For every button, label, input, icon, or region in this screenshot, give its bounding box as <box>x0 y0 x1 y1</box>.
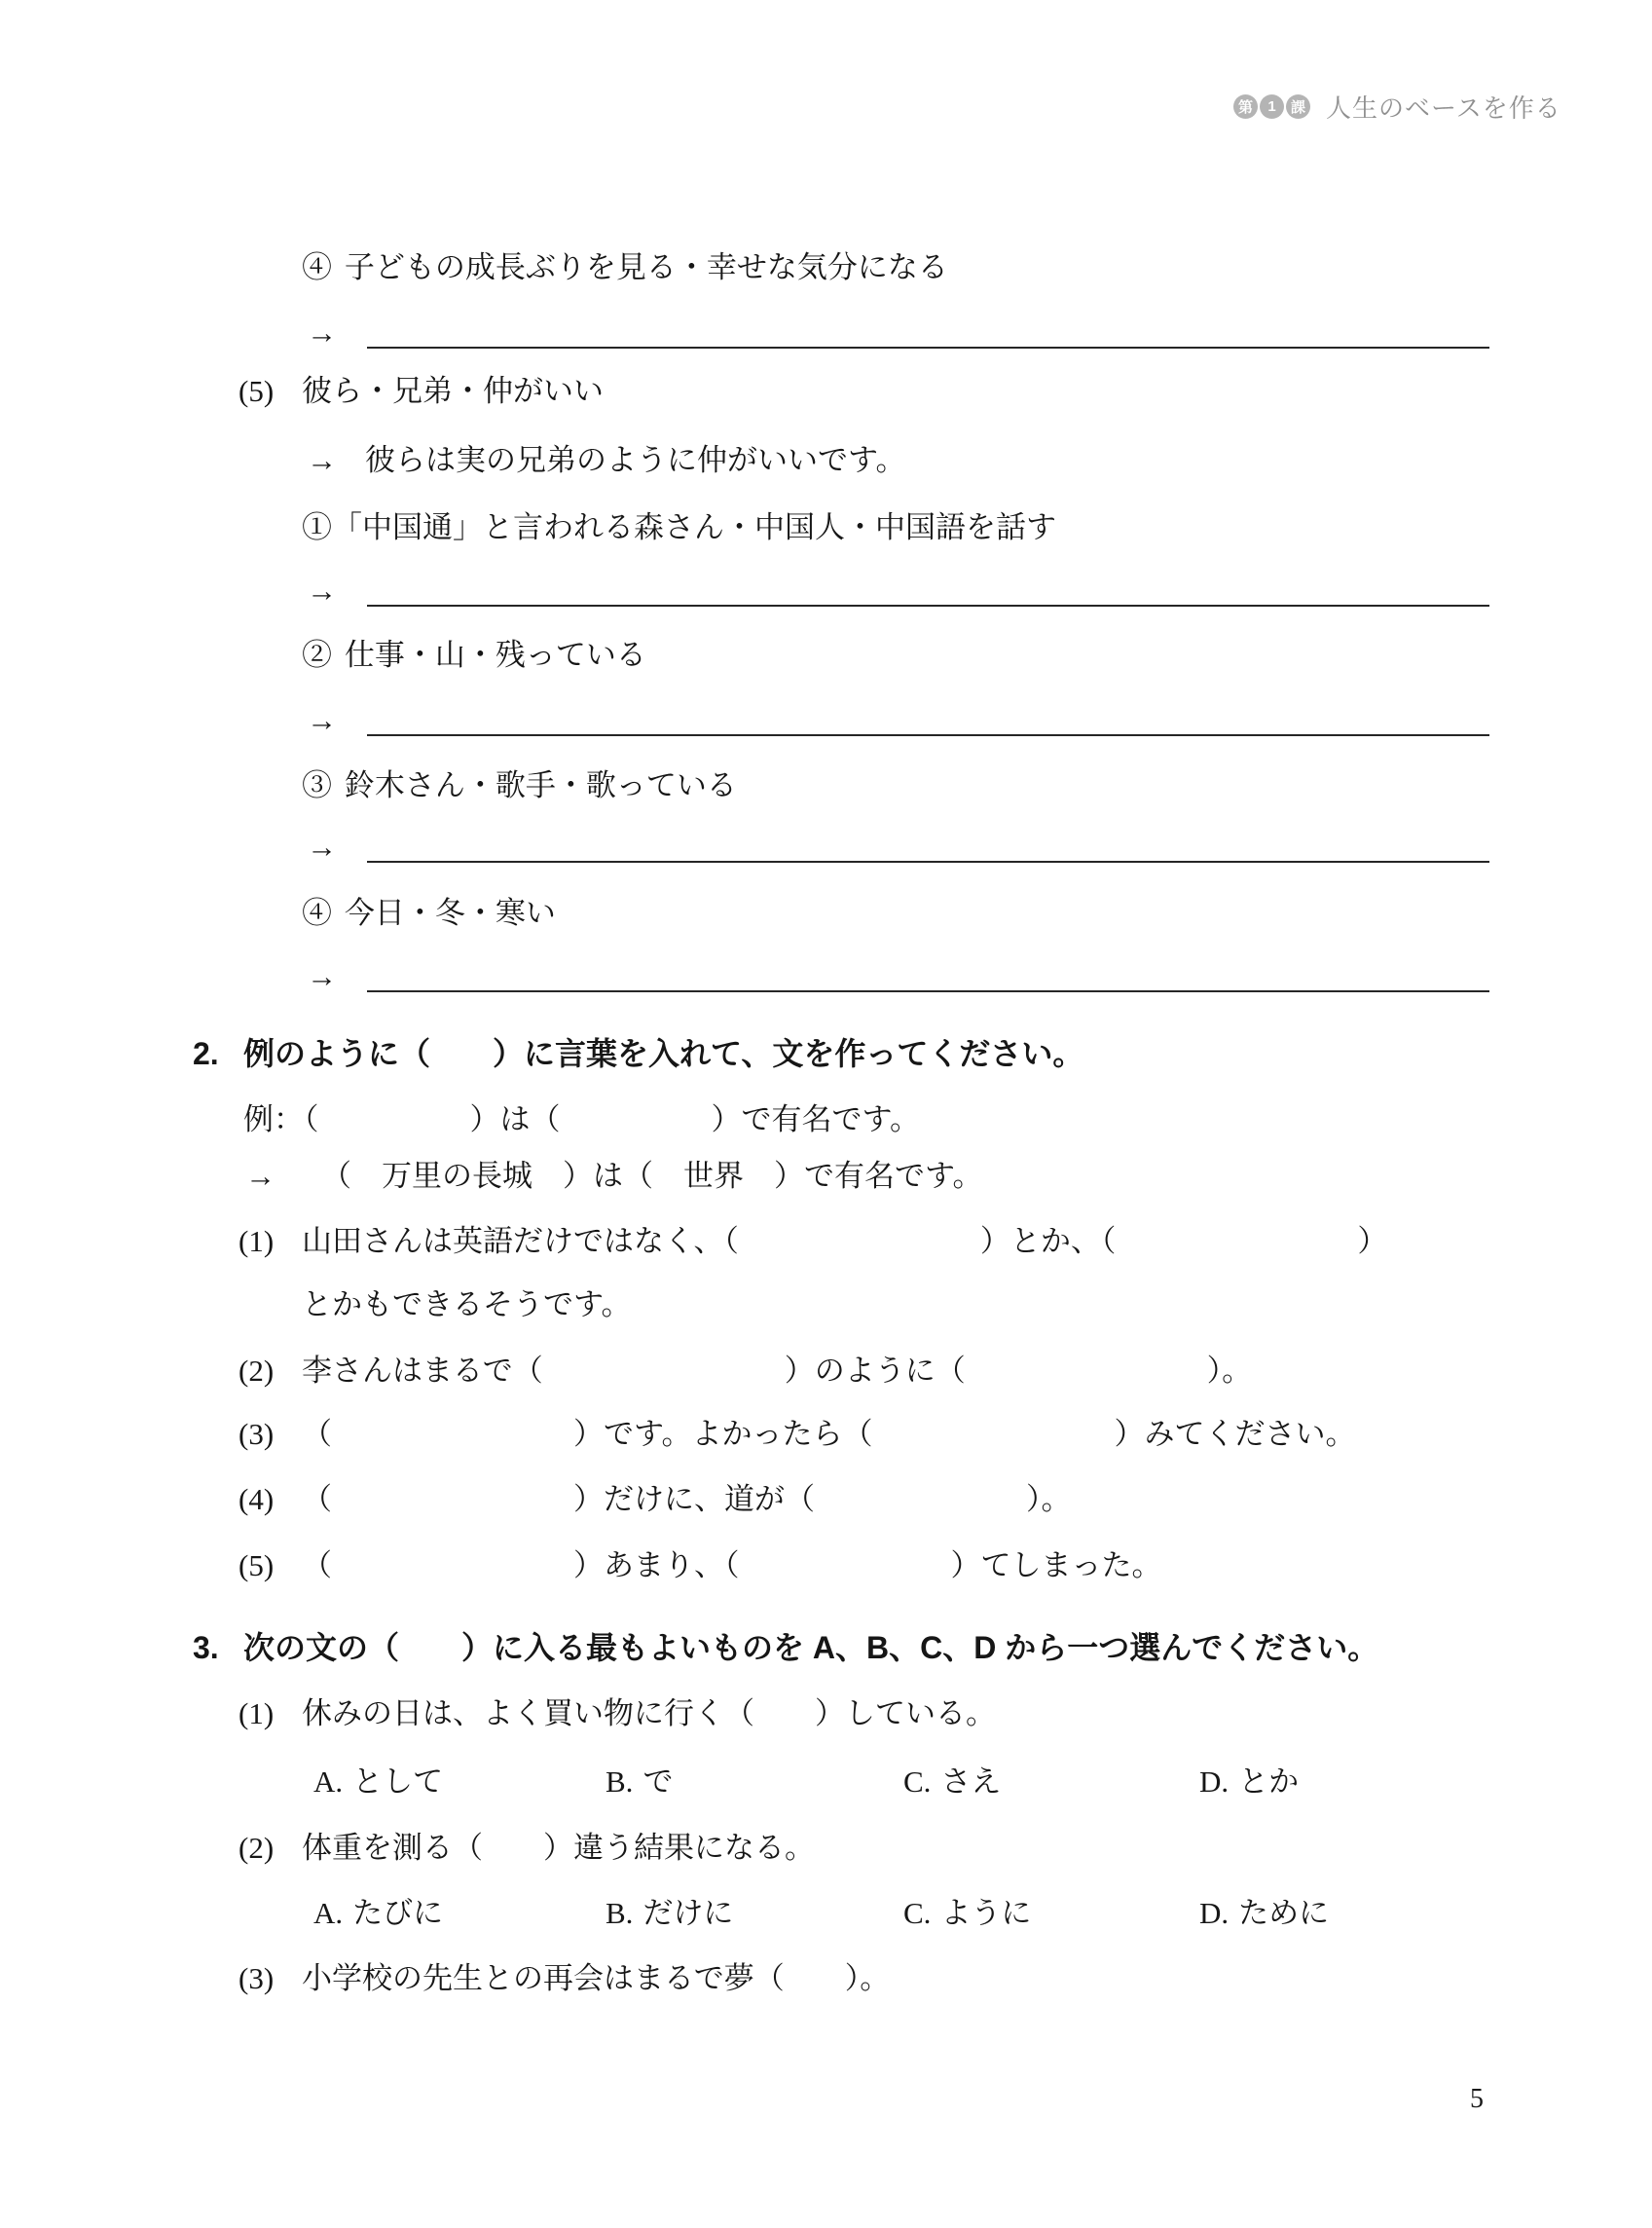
prompt-body: 仕事・山・残っている <box>345 638 646 672</box>
option-label: D. <box>1199 1764 1229 1799</box>
item-text: 李さんはまるで（ ）のように（ ）。 <box>302 1349 1252 1393</box>
prompt-marker: ③ <box>302 768 332 802</box>
options-row: A.として B.で C.さえ D.とか <box>0 1760 1652 1804</box>
arrow-icon: → <box>307 825 337 870</box>
question-row: (1) 休みの日は、よく買い物に行く（ ）している。 <box>0 1691 1652 1736</box>
option-label: B. <box>606 1764 633 1799</box>
example-answer-text: 彼らは実の兄弟のように仲がいいです。 <box>365 438 906 483</box>
section3-heading-row: 3. 次の文の（ ）に入る最もよいものを A、B、C、D から一つ選んでください… <box>0 1625 1652 1670</box>
option-a: A.たびに <box>313 1891 443 1936</box>
option-text: ように <box>940 1896 1031 1930</box>
option-text: だけに <box>642 1896 733 1930</box>
prompt-text: ③ 鈴木さん・歌手・歌っている <box>302 763 737 808</box>
option-text: たびに <box>352 1896 443 1930</box>
question-marker: (1) <box>239 1691 274 1736</box>
prompt-marker: ④ <box>302 896 332 930</box>
options-row: A.たびに B.だけに C.ように D.ために <box>0 1891 1652 1936</box>
option-label: C. <box>903 1896 931 1930</box>
item-marker: (5) <box>239 1543 274 1588</box>
numbered-item-row: (4) （ ）だけに、道が（ ）。 <box>0 1477 1652 1522</box>
chapter-badge-ka: 課 <box>1286 94 1310 119</box>
option-d: D.とか <box>1199 1760 1299 1804</box>
arrow-icon: → <box>307 698 337 743</box>
prompt-text: ② 仕事・山・残っている <box>302 633 646 678</box>
section2-heading-row: 2. 例のように（ ）に言葉を入れて、文を作ってください。 <box>0 1031 1652 1076</box>
example-answer-row: → 彼らは実の兄弟のように仲がいいです。 <box>0 438 1652 483</box>
arrow-icon: → <box>245 1154 275 1199</box>
example-answer-row: → （ 万里の長城 ）は（ 世界 ）で有名です。 <box>0 1154 1652 1199</box>
prompt-body: 「中国通」と言われる森さん・中国人・中国語を話す <box>332 510 1056 544</box>
option-text: ために <box>1238 1896 1329 1930</box>
option-c: C.ように <box>903 1891 1031 1936</box>
chapter-title: 人生のベースを作る <box>1326 89 1561 125</box>
option-label: C. <box>903 1764 931 1799</box>
workbook-page: 第 1 課 人生のベースを作る ④ 子どもの成長ぶりを見る・幸せな気分になる →… <box>0 0 1652 2228</box>
chapter-badge-number: 1 <box>1260 94 1284 119</box>
question-row: (2) 体重を測る（ ）違う結果になる。 <box>0 1826 1652 1871</box>
numbered-item-row: (5) 彼ら・兄弟・仲がいい <box>0 369 1652 414</box>
arrow-icon: → <box>307 954 337 999</box>
prompt-body: 鈴木さん・歌手・歌っている <box>345 768 737 802</box>
example-answer-text: （ 万里の長城 ）は（ 世界 ）で有名です。 <box>321 1154 983 1199</box>
prompt-text: ④ 子どもの成長ぶりを見る・幸せな気分になる <box>302 245 948 290</box>
item-text: （ ）だけに、道が（ ）。 <box>302 1477 1072 1522</box>
item-text: （ ）あまり、（ ）てしまった。 <box>302 1543 1162 1588</box>
question-text: 休みの日は、よく買い物に行く（ ）している。 <box>302 1691 996 1736</box>
item-marker: (3) <box>239 1412 274 1457</box>
answer-blank-row: → <box>0 569 1652 613</box>
question-text: 小学校の先生との再会はまるで夢（ ）。 <box>302 1956 890 2001</box>
answer-line <box>367 347 1489 349</box>
prompt-marker: ① <box>302 510 332 544</box>
prompt-body: 今日・冬・寒い <box>345 896 556 930</box>
numbered-item-row: (1) 山田さんは英語だけではなく、（ ）とか、（ ） <box>0 1219 1652 1264</box>
item-text: （ ）です。よかったら（ ）みてください。 <box>302 1412 1356 1457</box>
question-marker: (2) <box>239 1826 274 1871</box>
numbered-item-row: (5) （ ）あまり、（ ）てしまった。 <box>0 1543 1652 1588</box>
option-b: B.で <box>606 1760 673 1804</box>
prompt-row: ② 仕事・山・残っている <box>0 633 1652 678</box>
option-text: として <box>352 1764 443 1799</box>
prompt-row: ①「中国通」と言われる森さん・中国人・中国語を話す <box>0 505 1652 550</box>
numbered-item-row: (2) 李さんはまるで（ ）のように（ ）。 <box>0 1349 1652 1393</box>
prompt-row: ③ 鈴木さん・歌手・歌っている <box>0 763 1652 808</box>
arrow-icon: → <box>307 438 337 483</box>
question-text: 体重を測る（ ）違う結果になる。 <box>302 1826 815 1871</box>
prompt-text: ①「中国通」と言われる森さん・中国人・中国語を話す <box>302 505 1056 550</box>
item-text: 彼ら・兄弟・仲がいい <box>302 369 604 414</box>
item-text: 山田さんは英語だけではなく、（ ）とか、（ ） <box>302 1219 1387 1264</box>
question-marker: (3) <box>239 1956 274 2001</box>
answer-line <box>367 990 1489 992</box>
item-marker: (1) <box>239 1219 274 1264</box>
section3-heading: 次の文の（ ）に入る最もよいものを A、B、C、D から一つ選んでください。 <box>243 1625 1378 1670</box>
option-label: D. <box>1199 1896 1229 1930</box>
answer-line <box>367 605 1489 607</box>
option-text: さえ <box>940 1764 1001 1799</box>
arrow-icon: → <box>307 311 337 355</box>
option-label: A. <box>313 1764 343 1799</box>
option-a: A.として <box>313 1760 443 1804</box>
arrow-icon: → <box>307 569 337 613</box>
chapter-header: 第 1 課 人生のベースを作る <box>1233 92 1561 121</box>
chapter-badge-dai: 第 <box>1233 94 1258 119</box>
section2-number: 2. <box>193 1031 219 1076</box>
item-marker: (5) <box>239 369 274 414</box>
option-text: とか <box>1238 1764 1299 1799</box>
answer-blank-row: → <box>0 311 1652 355</box>
answer-line <box>367 861 1489 863</box>
option-d: D.ために <box>1199 1891 1329 1936</box>
page-number: 5 <box>1470 2084 1484 2115</box>
prompt-row: ④ 子どもの成長ぶりを見る・幸せな気分になる <box>0 245 1652 290</box>
answer-blank-row: → <box>0 698 1652 743</box>
question-row: (3) 小学校の先生との再会はまるで夢（ ）。 <box>0 1956 1652 2001</box>
answer-line <box>367 734 1489 736</box>
answer-blank-row: → <box>0 954 1652 999</box>
example-text: 例：（ ）は（ ）で有名です。 <box>243 1097 920 1142</box>
option-label: A. <box>313 1896 343 1930</box>
numbered-item-row: (3) （ ）です。よかったら（ ）みてください。 <box>0 1412 1652 1457</box>
option-label: B. <box>606 1896 633 1930</box>
option-b: B.だけに <box>606 1891 733 1936</box>
section2-heading: 例のように（ ）に言葉を入れて、文を作ってください。 <box>243 1031 1083 1076</box>
option-c: C.さえ <box>903 1760 1001 1804</box>
prompt-row: ④ 今日・冬・寒い <box>0 891 1652 936</box>
prompt-marker: ④ <box>302 250 332 284</box>
prompt-body: 子どもの成長ぶりを見る・幸せな気分になる <box>345 250 948 284</box>
item-marker: (2) <box>239 1349 274 1393</box>
option-text: で <box>642 1764 673 1799</box>
item-marker: (4) <box>239 1477 274 1522</box>
answer-blank-row: → <box>0 825 1652 870</box>
prompt-marker: ② <box>302 638 332 672</box>
prompt-text: ④ 今日・冬・寒い <box>302 891 556 936</box>
section3-number: 3. <box>193 1625 219 1670</box>
item-continuation-row: とかもできるそうです。 <box>0 1282 1652 1327</box>
example-row: 例：（ ）は（ ）で有名です。 <box>0 1097 1652 1142</box>
item-text-continuation: とかもできるそうです。 <box>302 1282 632 1327</box>
